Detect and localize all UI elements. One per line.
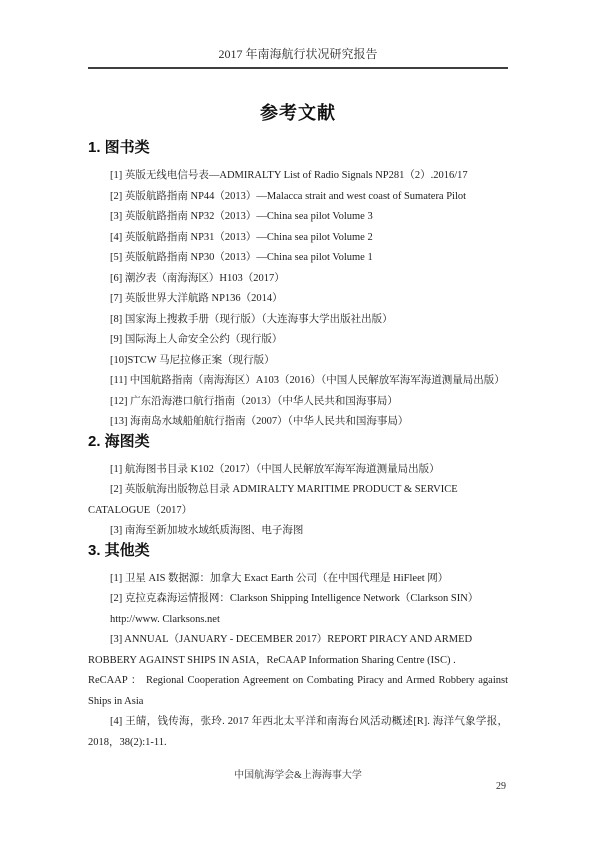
references-content: 参考文献 1. 图书类[1] 英版无线电信号表—ADMIRALTY List o… <box>88 0 508 753</box>
reference-line: ReCAAP ： Regional Cooperation Agreement … <box>88 671 508 692</box>
reference-line: [1] 航海图书目录 K102（2017）（中国人民解放军海军海道测量局出版） <box>88 460 508 481</box>
reference-line: [12] 广东沿海港口航行指南（2013）（中华人民共和国海事局） <box>88 392 508 413</box>
reference-line: [2] 英版航海出版物总目录 ADMIRALTY MARITIME PRODUC… <box>88 480 508 501</box>
reference-line: [7] 英版世界大洋航路 NP136（2014） <box>88 289 508 310</box>
reference-line: [2] 英版航路指南 NP44（2013）—Malacca strait and… <box>88 187 508 208</box>
reference-line: [1] 英版无线电信号表—ADMIRALTY List of Radio Sig… <box>88 166 508 187</box>
reference-line: [1] 卫星 AIS 数据源：加拿大 Exact Earth 公司（在中国代理是… <box>88 569 508 590</box>
reference-line: [4] 英版航路指南 NP31（2013）—China sea pilot Vo… <box>88 228 508 249</box>
reference-list: [1] 英版无线电信号表—ADMIRALTY List of Radio Sig… <box>88 166 508 433</box>
reference-line: [3] ANNUAL（JANUARY - DECEMBER 2017）REPOR… <box>88 630 508 651</box>
reference-list: [1] 航海图书目录 K102（2017）（中国人民解放军海军海道测量局出版）[… <box>88 460 508 542</box>
reference-line: [3] 英版航路指南 NP32（2013）—China sea pilot Vo… <box>88 207 508 228</box>
page-number: 29 <box>496 781 506 793</box>
reference-line: [4] 王皘，钱传海，张玲. 2017 年西北太平洋和南海台风活动概述[R]. … <box>88 712 508 733</box>
reference-line: [5] 英版航路指南 NP30（2013）—China sea pilot Vo… <box>88 248 508 269</box>
reference-line: [9] 国际海上人命安全公约（现行版） <box>88 330 508 351</box>
reference-line: [10]STCW 马尼拉修正案（现行版） <box>88 351 508 372</box>
reference-line: CATALOGUE（2017） <box>88 501 508 522</box>
reference-line: [2] 克拉克森海运情报网：Clarkson Shipping Intellig… <box>88 589 508 610</box>
reference-line: [8] 国家海上搜救手册（现行版）（大连海事大学出版社出版） <box>88 310 508 331</box>
footer-text: 中国航海学会&上海海事大学 <box>0 770 596 782</box>
footer-label: 中国航海学会&上海海事大学 <box>234 770 362 781</box>
reference-line: http://www. Clarksons.net <box>88 610 508 631</box>
reference-list: [1] 卫星 AIS 数据源：加拿大 Exact Earth 公司（在中国代理是… <box>88 569 508 754</box>
reference-line: ROBBERY AGAINST SHIPS IN ASIA，ReCAAP Inf… <box>88 651 508 672</box>
reference-line: [6] 潮汐表（南海海区）H103（2017） <box>88 269 508 290</box>
reference-line: [13] 海南岛水域船舶航行指南（2007）（中华人民共和国海事局） <box>88 412 508 433</box>
reference-line: [11] 中国航路指南（南海海区）A103（2016）（中国人民解放军海军海道测… <box>88 371 508 392</box>
section-heading: 3. 其他类 <box>88 542 508 559</box>
section-heading: 1. 图书类 <box>88 139 508 156</box>
section-heading: 2. 海图类 <box>88 433 508 450</box>
reference-line: 2018，38(2):1-11. <box>88 733 508 754</box>
document-page: 2017 年南海航行状况研究报告 参考文献 1. 图书类[1] 英版无线电信号表… <box>0 0 596 843</box>
page-title: 参考文献 <box>88 0 508 126</box>
references: 1. 图书类[1] 英版无线电信号表—ADMIRALTY List of Rad… <box>88 139 508 753</box>
reference-line: [3] 南海至新加坡水域纸质海图、电子海图 <box>88 521 508 542</box>
reference-line: Ships in Asia <box>88 692 508 713</box>
